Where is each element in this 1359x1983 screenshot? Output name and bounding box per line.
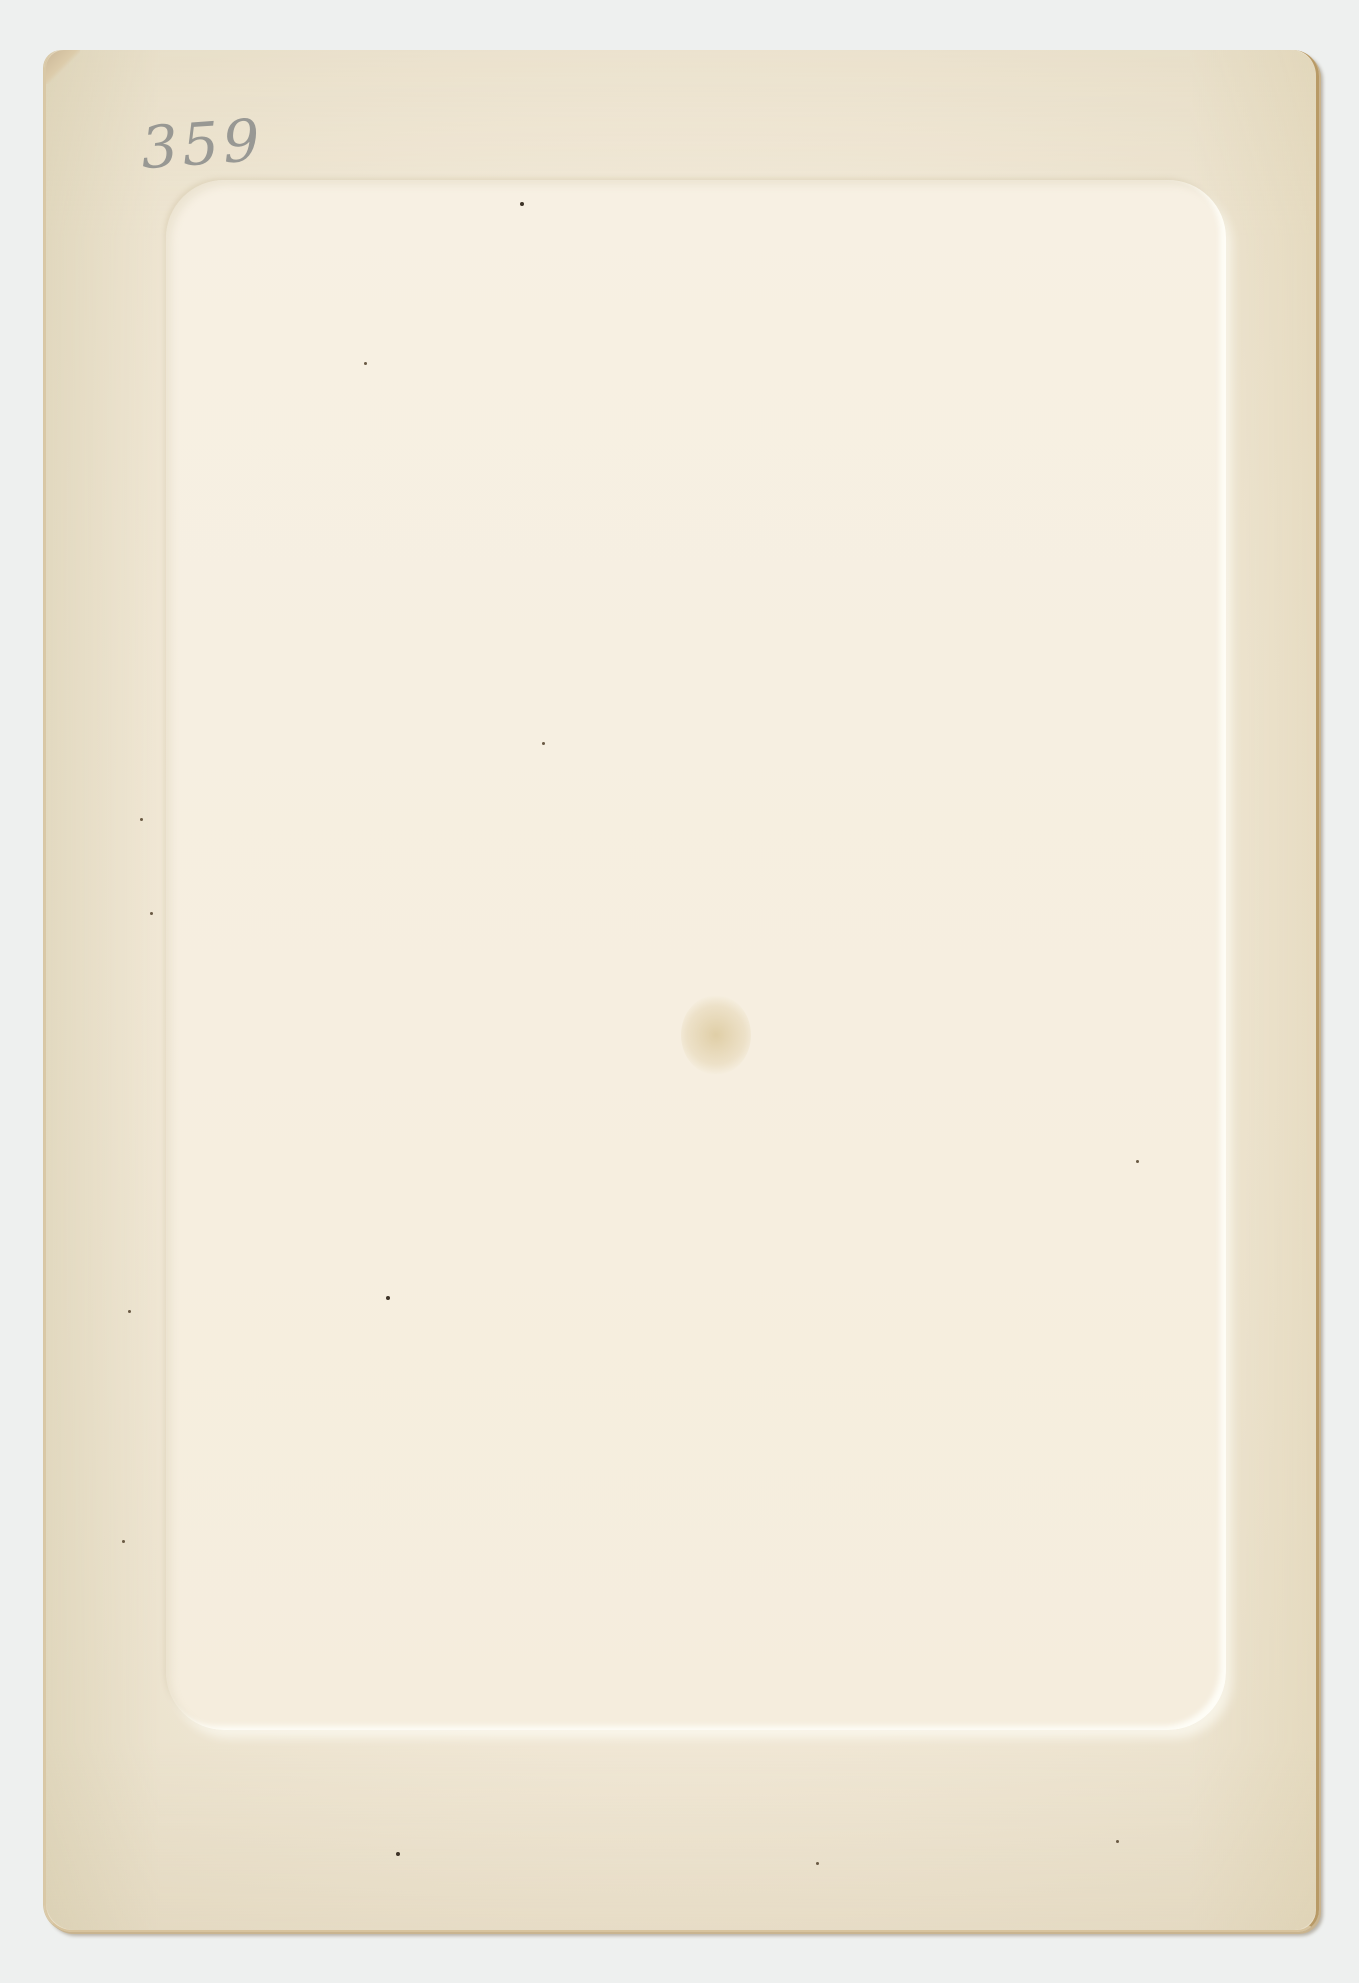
speck — [386, 1296, 390, 1300]
foxing-stain — [681, 995, 751, 1075]
cabinet-card-back: 359 — [44, 50, 1319, 1932]
worn-corner — [46, 50, 80, 84]
speck — [122, 1540, 125, 1543]
speck — [128, 1310, 131, 1313]
speck — [396, 1852, 400, 1856]
speck — [140, 818, 143, 821]
speck — [520, 202, 524, 206]
embossed-panel — [166, 180, 1226, 1730]
speck — [816, 1862, 819, 1865]
speck — [1116, 1840, 1119, 1843]
speck — [542, 742, 545, 745]
speck — [364, 362, 367, 365]
speck — [150, 912, 153, 915]
pencil-inscription: 359 — [139, 106, 266, 182]
speck — [1136, 1160, 1139, 1163]
